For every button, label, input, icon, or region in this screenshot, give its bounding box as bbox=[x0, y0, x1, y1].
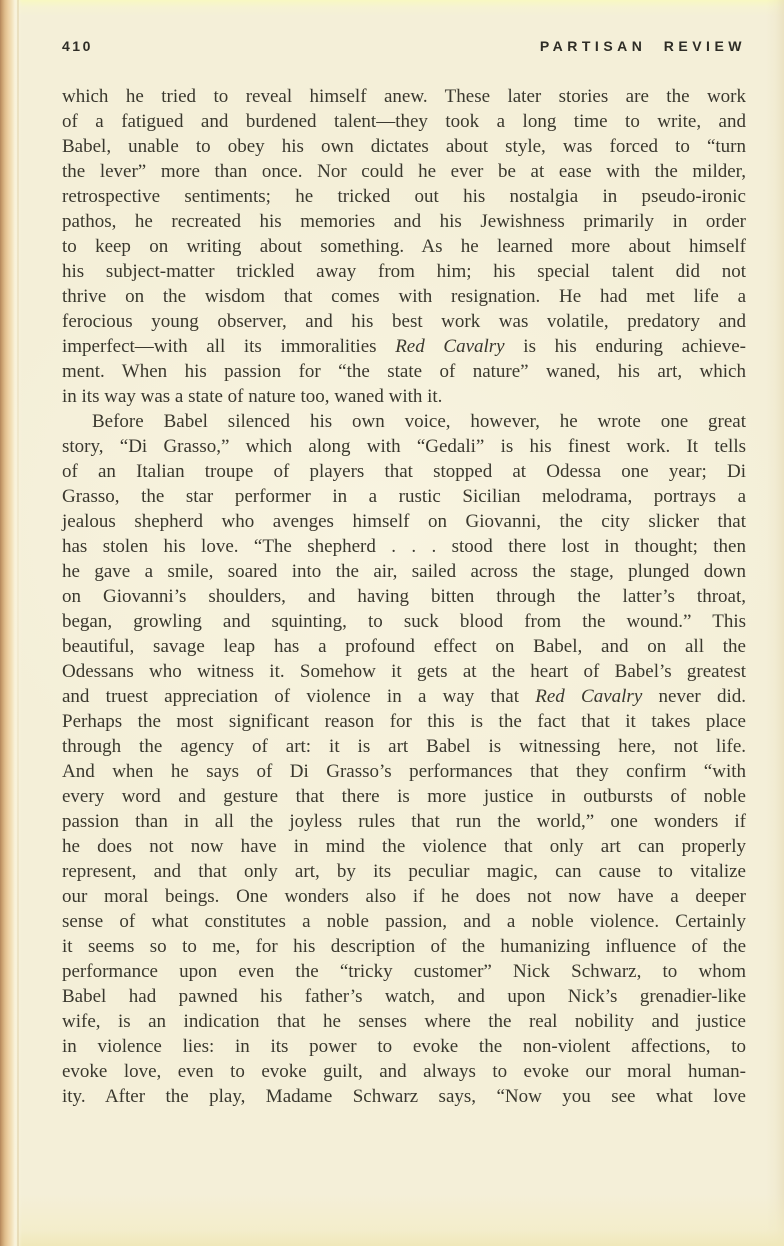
text-line: in violence lies: in its power to evoke … bbox=[62, 1034, 746, 1059]
text-run: represent, and that only art, by its pec… bbox=[62, 861, 746, 882]
text-run: And when he says of Di Grasso’s performa… bbox=[62, 761, 746, 782]
text-run: imperfect—with all its immoralities bbox=[62, 336, 395, 357]
text-line: ity. After the play, Madame Schwarz says… bbox=[62, 1084, 746, 1109]
text-run: has stolen his love. “The shepherd . . .… bbox=[62, 536, 746, 557]
text-line: performance upon even the “tricky custom… bbox=[62, 959, 746, 984]
text-line: began, growling and squinting, to suck b… bbox=[62, 609, 746, 634]
text-run: Before Babel silenced his own voice, how… bbox=[92, 411, 746, 432]
text-run: which he tried to reveal himself anew. T… bbox=[62, 86, 746, 107]
text-line: beautiful, savage leap has a profound ef… bbox=[62, 634, 746, 659]
page-number: 410 bbox=[62, 38, 93, 54]
text-run: began, growling and squinting, to suck b… bbox=[62, 611, 746, 632]
text-line: wife, is an indication that he senses wh… bbox=[62, 1009, 746, 1034]
italic-book-title: Red Cavalry bbox=[535, 686, 642, 707]
text-line: evoke love, even to evoke guilt, and alw… bbox=[62, 1059, 746, 1084]
text-line: imperfect—with all its immoralities Red … bbox=[62, 334, 746, 359]
text-run: he gave a smile, soared into the air, sa… bbox=[62, 561, 746, 582]
text-run: and truest appreciation of violence in a… bbox=[62, 686, 535, 707]
text-run: ferocious young observer, and his best w… bbox=[62, 311, 746, 332]
text-line: represent, and that only art, by its pec… bbox=[62, 859, 746, 884]
text-line: Perhaps the most significant reason for … bbox=[62, 709, 746, 734]
text-line: And when he says of Di Grasso’s performa… bbox=[62, 759, 746, 784]
text-run: in its way was a state of nature too, wa… bbox=[62, 386, 442, 407]
text-line: our moral beings. One wonders also if he… bbox=[62, 884, 746, 909]
text-line: he does not now have in mind the violenc… bbox=[62, 834, 746, 859]
page-edge-right bbox=[766, 0, 784, 1246]
text-run: never did. bbox=[642, 686, 746, 707]
text-run: his subject-matter trickled away from hi… bbox=[62, 261, 746, 282]
text-run: beautiful, savage leap has a profound ef… bbox=[62, 636, 746, 657]
text-line: through the agency of art: it is art Bab… bbox=[62, 734, 746, 759]
text-line: passion than in all the joyless rules th… bbox=[62, 809, 746, 834]
text-line: his subject-matter trickled away from hi… bbox=[62, 259, 746, 284]
text-line: Babel had pawned his father’s watch, and… bbox=[62, 984, 746, 1009]
text-line: on Giovanni’s shoulders, and having bitt… bbox=[62, 584, 746, 609]
text-run: Perhaps the most significant reason for … bbox=[62, 711, 746, 732]
text-line: ment. When his passion for “the state of… bbox=[62, 359, 746, 384]
text-run: the lever” more than once. Nor could he … bbox=[62, 161, 746, 182]
text-line: he gave a smile, soared into the air, sa… bbox=[62, 559, 746, 584]
text-line: jealous shepherd who avenges himself on … bbox=[62, 509, 746, 534]
text-line: has stolen his love. “The shepherd . . .… bbox=[62, 534, 746, 559]
text-line: and truest appreciation of violence in a… bbox=[62, 684, 746, 709]
page-fold-line bbox=[17, 0, 19, 1246]
text-run: Odessans who witness it. Somehow it gets… bbox=[62, 661, 746, 682]
text-run: wife, is an indication that he senses wh… bbox=[62, 1011, 746, 1032]
journal-title: PARTISAN REVIEW bbox=[540, 38, 746, 54]
text-run: passion than in all the joyless rules th… bbox=[62, 811, 746, 832]
text-run: through the agency of art: it is art Bab… bbox=[62, 736, 746, 757]
text-line: story, “Di Grasso,” which along with “Ge… bbox=[62, 434, 746, 459]
text-run: thrive on the wisdom that comes with res… bbox=[62, 286, 746, 307]
page-edge-top bbox=[0, 0, 784, 16]
text-run: story, “Di Grasso,” which along with “Ge… bbox=[62, 436, 746, 457]
text-line: of a fatigued and burdened talent—they t… bbox=[62, 109, 746, 134]
text-line: Odessans who witness it. Somehow it gets… bbox=[62, 659, 746, 684]
text-run: of a fatigued and burdened talent—they t… bbox=[62, 111, 746, 132]
text-line: which he tried to reveal himself anew. T… bbox=[62, 84, 746, 109]
running-header: 410 PARTISAN REVIEW bbox=[62, 38, 746, 54]
text-line: Before Babel silenced his own voice, how… bbox=[62, 409, 746, 434]
text-line: retrospective sentiments; he tricked out… bbox=[62, 184, 746, 209]
text-run: performance upon even the “tricky custom… bbox=[62, 961, 746, 982]
text-run: ment. When his passion for “the state of… bbox=[62, 361, 746, 382]
text-run: he does not now have in mind the violenc… bbox=[62, 836, 746, 857]
text-run: evoke love, even to evoke guilt, and alw… bbox=[62, 1061, 746, 1082]
text-run: in violence lies: in its power to evoke … bbox=[62, 1036, 746, 1057]
text-run: retrospective sentiments; he tricked out… bbox=[62, 186, 746, 207]
text-line: the lever” more than once. Nor could he … bbox=[62, 159, 746, 184]
text-line: pathos, he recreated his memories and hi… bbox=[62, 209, 746, 234]
text-run: it seems so to me, for his description o… bbox=[62, 936, 746, 957]
text-run: our moral beings. One wonders also if he… bbox=[62, 886, 746, 907]
text-line: thrive on the wisdom that comes with res… bbox=[62, 284, 746, 309]
text-run: Grasso, the star performer in a rustic S… bbox=[62, 486, 746, 507]
text-run: sense of what constitutes a noble passio… bbox=[62, 911, 746, 932]
page-edge-bottom bbox=[0, 1194, 784, 1246]
text-line: Grasso, the star performer in a rustic S… bbox=[62, 484, 746, 509]
text-run: Babel had pawned his father’s watch, and… bbox=[62, 986, 746, 1007]
text-line: to keep on writing about something. As h… bbox=[62, 234, 746, 259]
italic-book-title: Red Cavalry bbox=[395, 336, 504, 357]
text-run: every word and gesture that there is mor… bbox=[62, 786, 746, 807]
text-line: every word and gesture that there is mor… bbox=[62, 784, 746, 809]
text-run: pathos, he recreated his memories and hi… bbox=[62, 211, 746, 232]
text-run: is his enduring achieve- bbox=[505, 336, 746, 357]
text-run: to keep on writing about something. As h… bbox=[62, 236, 746, 257]
text-run: of an Italian troupe of players that sto… bbox=[62, 461, 746, 482]
text-line: Babel, unable to obey his own dictates a… bbox=[62, 134, 746, 159]
text-line: sense of what constitutes a noble passio… bbox=[62, 909, 746, 934]
text-line: in its way was a state of nature too, wa… bbox=[62, 384, 746, 409]
text-line: it seems so to me, for his description o… bbox=[62, 934, 746, 959]
text-run: ity. After the play, Madame Schwarz says… bbox=[62, 1086, 746, 1107]
text-column: which he tried to reveal himself anew. T… bbox=[62, 84, 746, 1109]
text-run: Babel, unable to obey his own dictates a… bbox=[62, 136, 746, 157]
text-run: on Giovanni’s shoulders, and having bitt… bbox=[62, 586, 746, 607]
scanned-book-page: 410 PARTISAN REVIEW which he tried to re… bbox=[0, 0, 784, 1246]
text-run: jealous shepherd who avenges himself on … bbox=[62, 511, 746, 532]
text-line: of an Italian troupe of players that sto… bbox=[62, 459, 746, 484]
text-line: ferocious young observer, and his best w… bbox=[62, 309, 746, 334]
